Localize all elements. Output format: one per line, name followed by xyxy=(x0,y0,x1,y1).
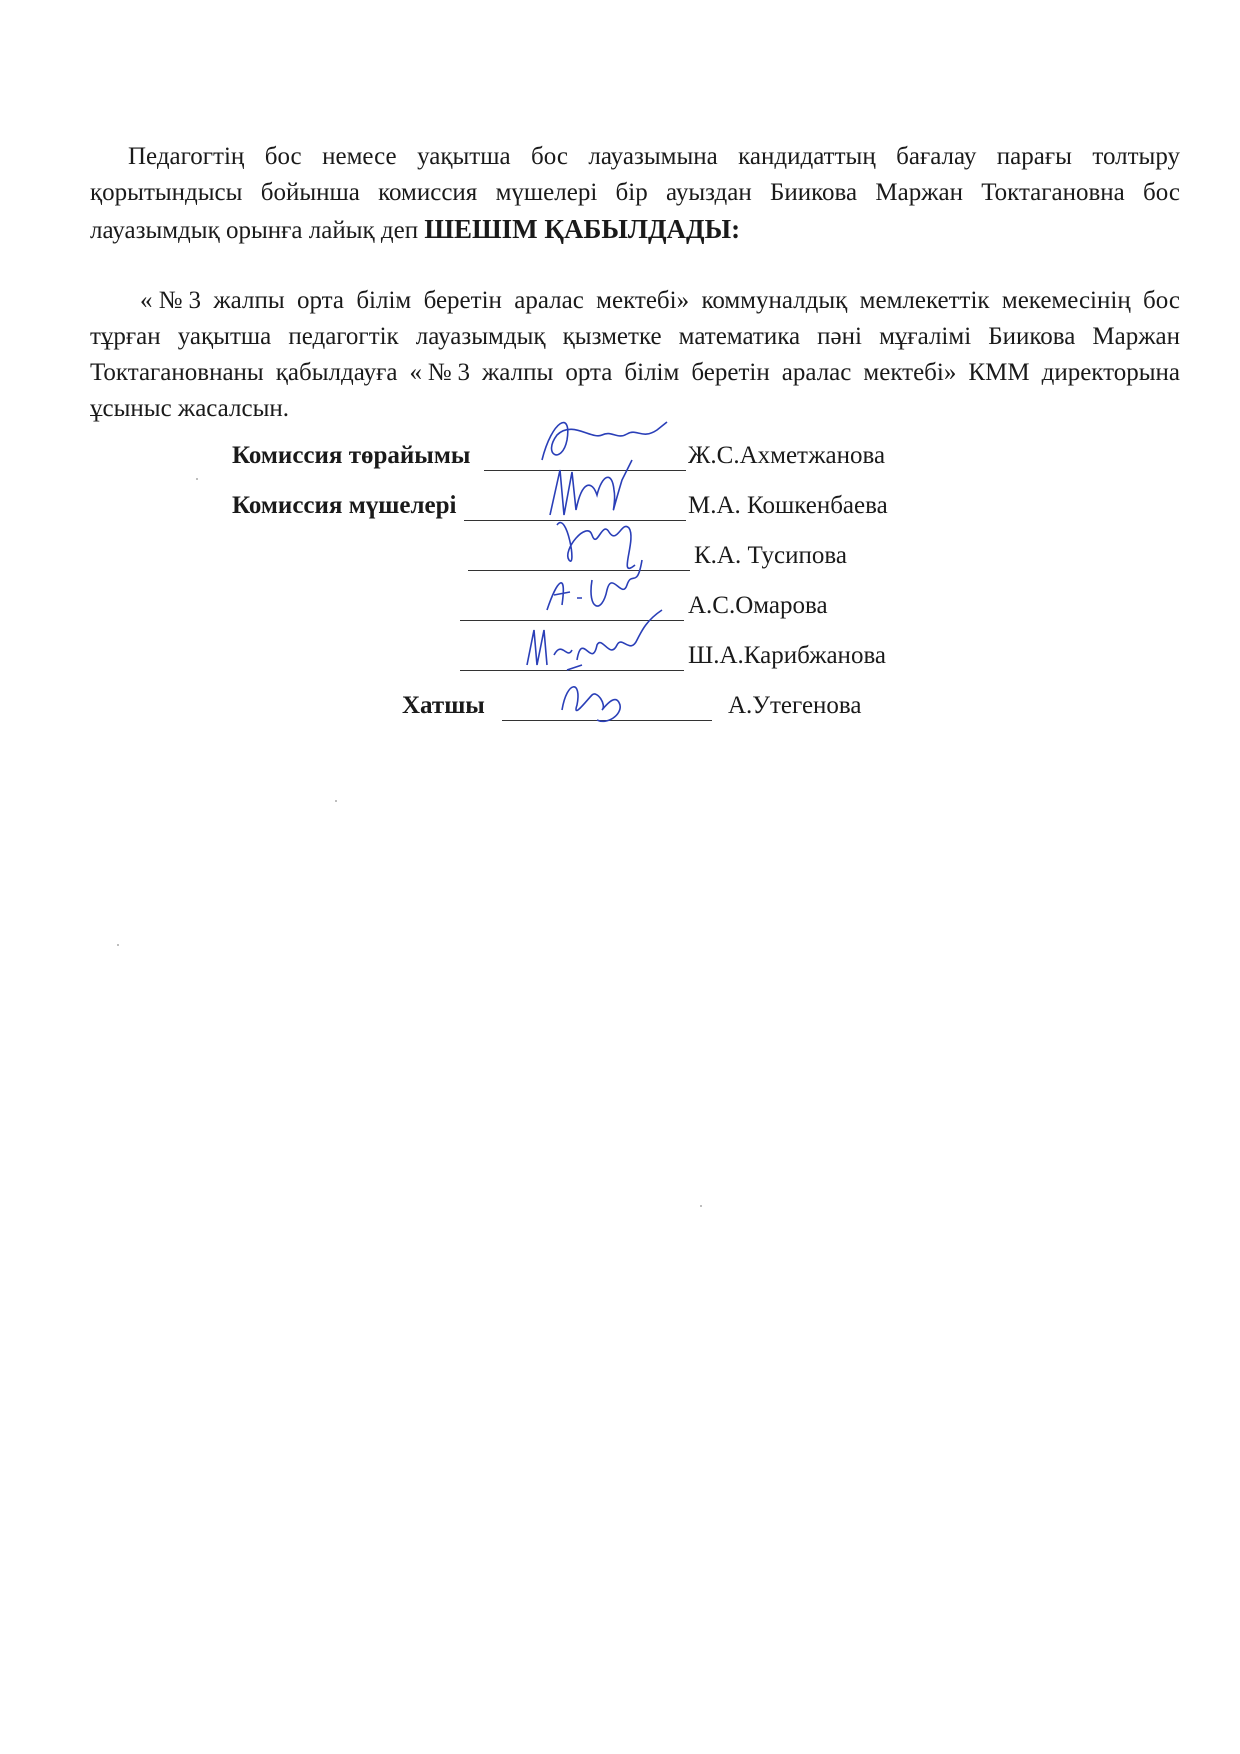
signatory-name: Ш.А.Карибжанова xyxy=(688,642,886,670)
signature-row-secretary: Хатшы А.Утегенова xyxy=(232,692,992,732)
signatory-name: К.А. Тусипова xyxy=(694,542,847,570)
decision-paragraph: Педагогтің бос немесе уақытша бос лауазы… xyxy=(90,139,1180,249)
scan-speck xyxy=(117,944,119,946)
signatory-name: А.С.Омарова xyxy=(688,592,828,620)
scan-speck xyxy=(196,478,198,480)
recommendation-paragraph: «№3 жалпы орта білім беретін аралас мект… xyxy=(90,283,1180,427)
scan-speck xyxy=(335,800,337,802)
signatory-name: А.Утегенова xyxy=(728,692,862,720)
signature-role: Комиссия төрайымы xyxy=(232,442,470,470)
decision-heading: ШЕШІМ ҚАБЫЛДАДЫ: xyxy=(424,214,740,244)
handwritten-signature xyxy=(552,660,632,737)
signature-role: Хатшы xyxy=(402,692,485,720)
signatory-name: М.А. Кошкенбаева xyxy=(688,492,888,520)
scan-speck xyxy=(700,1205,702,1207)
signatory-name: Ж.С.Ахметжанова xyxy=(688,442,885,470)
signature-role: Комиссия мүшелері xyxy=(232,492,456,520)
